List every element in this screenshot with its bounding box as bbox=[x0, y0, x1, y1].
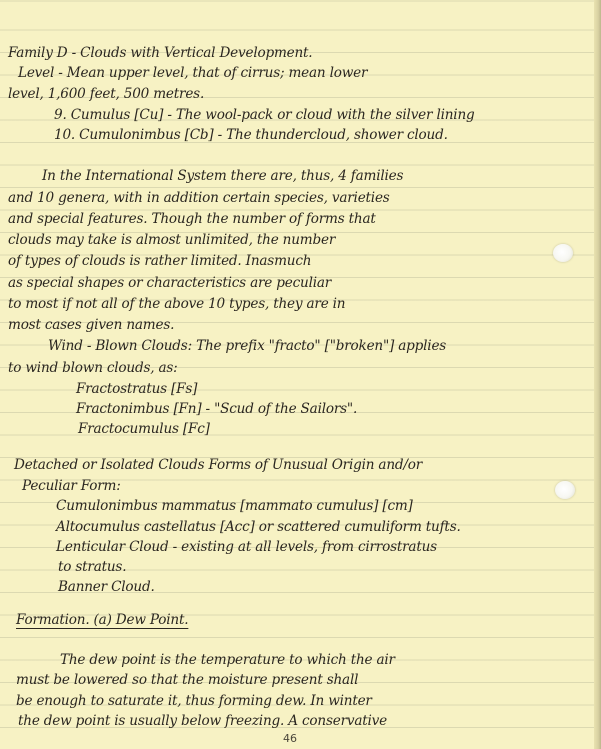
fracto-item: Fractonimbus [Fn] - "Scud of the Sailors… bbox=[76, 400, 357, 418]
paragraph-line: most cases given names. bbox=[8, 316, 174, 334]
fracto-item: Fractostratus [Fs] bbox=[76, 380, 197, 398]
punch-hole bbox=[555, 481, 575, 499]
paragraph-line: of types of clouds is rather limited. In… bbox=[8, 252, 311, 270]
paragraph-line: as special shapes or characteristics are… bbox=[8, 274, 331, 292]
page-edge bbox=[594, 0, 601, 749]
detached-item: Lenticular Cloud - existing at all level… bbox=[56, 538, 437, 556]
formation-line: The dew point is the temperature to whic… bbox=[60, 651, 395, 669]
paragraph-line: and 10 genera, with in addition certain … bbox=[8, 189, 390, 207]
detached-heading: Peculiar Form: bbox=[22, 477, 121, 495]
page-number: 46 bbox=[283, 732, 297, 745]
detached-item: Banner Cloud. bbox=[58, 578, 155, 596]
wind-blown-intro: Wind - Blown Clouds: The prefix "fracto"… bbox=[48, 337, 446, 355]
punch-hole bbox=[553, 244, 573, 262]
paragraph-line: clouds may take is almost unlimited, the… bbox=[8, 231, 335, 249]
formation-line: the dew point is usually below freezing.… bbox=[18, 712, 387, 730]
wind-blown-intro: to wind blown clouds, as: bbox=[8, 359, 178, 377]
paragraph-line: In the International System there are, t… bbox=[42, 167, 403, 185]
detached-item: Cumulonimbus mammatus [mammato cumulus] … bbox=[56, 497, 413, 515]
paragraph-line: to most if not all of the above 10 types… bbox=[8, 295, 345, 313]
formation-line: must be lowered so that the moisture pre… bbox=[16, 671, 358, 689]
genus-item: 10. Cumulonimbus [Cb] - The thundercloud… bbox=[54, 126, 448, 144]
formation-line: be enough to saturate it, thus forming d… bbox=[16, 692, 372, 710]
detached-item: Altocumulus castellatus [Acc] or scatter… bbox=[56, 518, 461, 536]
detached-heading: Detached or Isolated Clouds Forms of Unu… bbox=[14, 456, 422, 474]
level-line: Level - Mean upper level, that of cirrus… bbox=[18, 64, 367, 82]
formation-heading: Formation. (a) Dew Point. bbox=[16, 611, 188, 629]
section-heading-family-d: Family D - Clouds with Vertical Developm… bbox=[8, 44, 312, 62]
notebook-page: Family D - Clouds with Vertical Developm… bbox=[0, 0, 601, 749]
genus-item: 9. Cumulus [Cu] - The wool-pack or cloud… bbox=[54, 106, 475, 124]
level-line: level, 1,600 feet, 500 metres. bbox=[8, 85, 204, 103]
paragraph-line: and special features. Though the number … bbox=[8, 210, 376, 228]
detached-item: to stratus. bbox=[58, 558, 126, 576]
fracto-item: Fractocumulus [Fc] bbox=[78, 420, 210, 438]
